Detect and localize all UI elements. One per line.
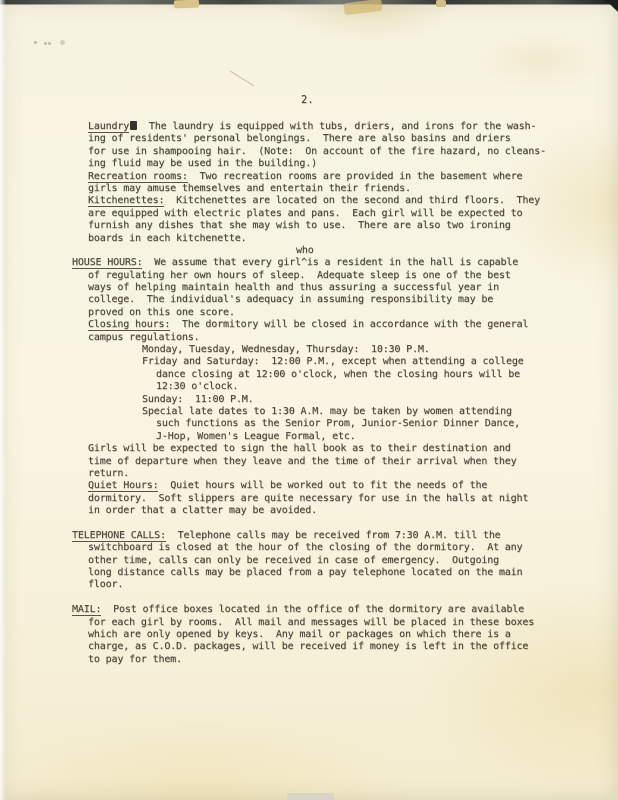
blank-line	[72, 592, 592, 604]
text-line: boards in each kitchenette.	[72, 233, 592, 245]
scratch-mark	[230, 71, 254, 87]
line-text: Friday and Saturday: 12:00 P.M., except …	[142, 356, 524, 367]
heading-line: MAIL: Post office boxes located in the o…	[72, 604, 592, 616]
line-text: Monday, Tuesday, Wednesday, Thursday: 10…	[142, 344, 430, 355]
line-text: proved on this one score.	[88, 307, 235, 318]
scanned-document-page: 2. Laundry The laundry is equipped with …	[0, 0, 618, 800]
line-text: return.	[88, 468, 129, 479]
text-line: 12:30 o'clock.	[72, 381, 592, 393]
text-line: dormitory. Soft slippers are quite neces…	[72, 493, 592, 505]
text-line: Friday and Saturday: 12:00 P.M., except …	[72, 356, 592, 368]
line-text: furnish any dishes that she may wish to …	[88, 220, 511, 231]
underlined-heading: Recreation rooms:	[88, 171, 188, 183]
heading-line: TELEPHONE CALLS: Telephone calls may be …	[72, 530, 592, 542]
text-line: charge, as C.O.D. packages, will be rece…	[72, 641, 592, 653]
line-text: for each girl by rooms. All mail and mes…	[88, 617, 534, 628]
text-line: proved on this one score.	[72, 307, 592, 319]
pencil-smudge	[34, 41, 37, 44]
line-text: The laundry is equipped with tubs, drier…	[137, 121, 536, 132]
underlined-heading: Closing hours:	[88, 319, 170, 331]
line-text: J-Hop, Women's League Formal, etc.	[156, 431, 356, 442]
text-line: Special late dates to 1:30 A.M. may be t…	[72, 406, 592, 418]
page-number: 2.	[301, 94, 314, 106]
text-line: to pay for them.	[72, 654, 592, 666]
line-text: time of departure when they leave and th…	[88, 456, 517, 467]
text-line: campus regulations.	[72, 332, 592, 344]
text-line: in order that a clatter may be avoided.	[72, 505, 592, 517]
heading-line: Quiet Hours: Quiet hours will be worked …	[72, 480, 592, 492]
text-line: return.	[72, 468, 592, 480]
text-line: Girls will be expected to sign the hall …	[72, 443, 592, 455]
text-line: which are only opened by keys. Any mail …	[72, 629, 592, 641]
tape-fragment	[436, 0, 446, 7]
line-text: for use in shampooing hair. (Note: On ac…	[88, 146, 546, 157]
line-text: college. The individual's adequacy in as…	[88, 294, 493, 305]
text-line: switchboard is closed at the hour of the…	[72, 542, 592, 554]
text-line: time of departure when they leave and th…	[72, 456, 592, 468]
line-text: Sunday: 11:00 P.M.	[142, 394, 254, 405]
scanner-edge-line	[0, 0, 618, 5]
line-text: floor.	[88, 579, 123, 590]
line-text: campus regulations.	[88, 332, 200, 343]
line-text: Special late dates to 1:30 A.M. may be t…	[142, 406, 512, 417]
underlined-heading: TELEPHONE CALLS:	[72, 530, 166, 542]
page-left-edge	[0, 0, 6, 800]
text-line: girls may amuse themselves and entertain…	[72, 183, 592, 195]
line-text: such functions as the Senior Prom, Junio…	[156, 418, 520, 429]
underlined-heading: Laundry	[88, 121, 129, 133]
heading-line: Laundry The laundry is equipped with tub…	[72, 121, 592, 133]
text-line: other time, calls can only be received i…	[72, 555, 592, 567]
line-text: to pay for them.	[88, 654, 182, 665]
line-text: Quiet hours will be worked out to fit th…	[158, 480, 487, 491]
text-line: for use in shampooing hair. (Note: On ac…	[72, 146, 592, 158]
text-line: ing fluid may be used in the building.)	[72, 158, 592, 170]
tape-fragment	[343, 0, 382, 15]
line-text: are equipped with electric plates and pa…	[88, 208, 522, 219]
line-text: 12:30 o'clock.	[156, 381, 238, 392]
text-line: are equipped with electric plates and pa…	[72, 208, 592, 220]
line-text: other time, calls can only be received i…	[88, 555, 499, 566]
text-line: of regulating her own hours of sleep. Ad…	[72, 270, 592, 282]
heading-line: Closing hours: The dormitory will be clo…	[72, 319, 592, 331]
text-line: such functions as the Senior Prom, Junio…	[72, 418, 592, 430]
line-text: in order that a clatter may be avoided.	[88, 505, 317, 516]
line-text: which are only opened by keys. Any mail …	[88, 629, 511, 640]
text-line: long distance calls may be placed from a…	[72, 567, 592, 579]
line-text: ways of helping maintain health and thus…	[88, 282, 499, 293]
text-line: floor.	[72, 579, 592, 591]
text-line: ways of helping maintain health and thus…	[72, 282, 592, 294]
text-line: Monday, Tuesday, Wednesday, Thursday: 10…	[72, 344, 592, 356]
line-text: ing fluid may be used in the building.)	[88, 158, 317, 169]
line-text: girls may amuse themselves and entertain…	[88, 183, 411, 194]
line-text: Two recreation rooms are provided in the…	[188, 171, 523, 182]
text-line: for each girl by rooms. All mail and mes…	[72, 617, 592, 629]
underlined-heading: HOUSE HOURS:	[72, 257, 142, 269]
line-text: charge, as C.O.D. packages, will be rece…	[88, 641, 528, 652]
text-line: ing of residents' personal belongings. T…	[72, 133, 592, 145]
underlined-heading: MAIL:	[72, 604, 101, 616]
line-text: Post office boxes located in the office …	[101, 604, 524, 615]
line-text: of regulating her own hours of sleep. Ad…	[88, 270, 511, 281]
line-text: ing of residents' personal belongings. T…	[88, 133, 511, 144]
line-text: We assume that every girl^is a resident …	[142, 257, 518, 268]
heading-line: HOUSE HOURS: We assume that every girl^i…	[72, 257, 592, 269]
line-text: dance closing at 12:00 o'clock, when the…	[156, 369, 520, 380]
text-line: dance closing at 12:00 o'clock, when the…	[72, 369, 592, 381]
text-line: Sunday: 11:00 P.M.	[72, 394, 592, 406]
underlined-heading: Quiet Hours:	[88, 480, 158, 492]
scanner-bottom-notch	[287, 793, 334, 800]
line-text: Girls will be expected to sign the hall …	[88, 443, 511, 454]
line-text: boards in each kitchenette.	[88, 233, 247, 244]
text-line: J-Hop, Women's League Formal, etc.	[72, 431, 592, 443]
inserted-word-line: who	[72, 245, 592, 257]
line-text: who	[296, 245, 314, 256]
text-line: college. The individual's adequacy in as…	[72, 294, 592, 306]
line-text: long distance calls may be placed from a…	[88, 567, 522, 578]
text-line: furnish any dishes that she may wish to …	[72, 220, 592, 232]
line-text: Kitchenettes are located on the second a…	[164, 195, 540, 206]
heading-line: Recreation rooms: Two recreation rooms a…	[72, 171, 592, 183]
line-text: The dormitory will be closed in accordan…	[170, 319, 528, 330]
typewritten-text: Laundry The laundry is equipped with tub…	[72, 121, 592, 666]
underlined-heading: Kitchenettes:	[88, 195, 164, 207]
tape-fragment	[174, 0, 199, 8]
blank-line	[72, 518, 592, 530]
line-text: switchboard is closed at the hour of the…	[88, 542, 522, 553]
line-text: Telephone calls may be received from 7:3…	[166, 530, 501, 541]
line-text: dormitory. Soft slippers are quite neces…	[88, 493, 528, 504]
heading-line: Kitchenettes: Kitchenettes are located o…	[72, 195, 592, 207]
